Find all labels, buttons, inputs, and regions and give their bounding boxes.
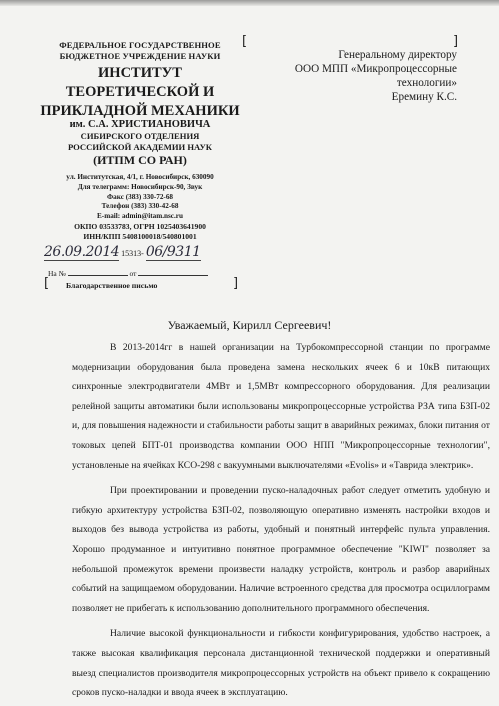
telegram: Для телеграмм: Новосибирск-90, Звук	[40, 183, 240, 193]
addressee-bracket-close-icon: ]	[453, 34, 458, 49]
phone: Телефон (383) 330-42-68	[40, 202, 240, 212]
handwritten-date: 26.09.2014	[44, 244, 119, 261]
address: ул. Институтская, 4/1, г. Новосибирск, 6…	[40, 173, 240, 183]
institute-named-after: им. С.А. ХРИСТИАНОВИЧА	[40, 119, 240, 131]
inn-kpp: ИНН/КПП 5408100018/540801001	[40, 232, 240, 242]
institute-abbreviation: (ИТПМ СО РАН)	[40, 153, 240, 167]
addressee-line-1: Генеральному директору	[247, 48, 457, 62]
okpo-ogrn: ОКПО 03533783, ОГРН 1025403641900	[40, 222, 240, 232]
addressee-line-4: Еремину К.С.	[247, 90, 457, 104]
bracket-open-icon: [	[44, 276, 49, 291]
ref-blank	[68, 269, 128, 276]
paragraph-2: При проектировании и проведении пуско-на…	[72, 481, 490, 618]
scan-edge	[0, 0, 499, 6]
ref-label: На №	[48, 269, 66, 278]
paragraph-1: В 2013-2014гг в нашей организации на Тур…	[72, 338, 490, 475]
from-blank	[138, 269, 208, 276]
paragraph-3: Наличие высокой функциональности и гибко…	[72, 624, 490, 702]
institute-name-3: ПРИКЛАДНОЙ МЕХАНИКИ	[40, 103, 240, 119]
addressee-bracket-open-icon: [	[242, 34, 247, 49]
letter-body: В 2013-2014гг в нашей организации на Тур…	[72, 338, 490, 703]
subject: Благодарственное письмо	[66, 281, 157, 290]
registration-line: 26.09.2014 15313- 06/9311	[44, 244, 254, 260]
reference-line: На № от	[48, 269, 208, 278]
fax: Факс (383) 330-72-68	[40, 193, 240, 203]
from-label: от	[130, 269, 137, 278]
handwritten-number: 06/9311	[146, 244, 201, 261]
bracket-close-icon: ]	[233, 276, 238, 291]
email: E-mail: admin@itam.nsc.ru	[40, 212, 240, 222]
org-type-line-2: БЮДЖЕТНОЕ УЧРЕЖДЕНИЕ НАУКИ	[40, 51, 240, 62]
letterhead: ФЕДЕРАЛЬНОЕ ГОСУДАРСТВЕННОЕ БЮДЖЕТНОЕ УЧ…	[40, 40, 240, 242]
registration-number-prefix: 15313-	[121, 249, 144, 258]
addressee-line-2: ООО МПП «Микропроцессорные	[247, 62, 457, 76]
branch-line-1: СИБИРСКОГО ОТДЕЛЕНИЯ	[40, 131, 240, 142]
institute-name-1: ИНСТИТУТ	[40, 65, 240, 81]
salutation: Уважаемый, Кирилл Сергеевич!	[0, 318, 499, 333]
addressee-line-3: технологии»	[247, 76, 457, 90]
institute-name-2: ТЕОРЕТИЧЕСКОЙ И	[40, 84, 240, 100]
addressee: Генеральному директору ООО МПП «Микропро…	[247, 48, 457, 104]
org-type-line-1: ФЕДЕРАЛЬНОЕ ГОСУДАРСТВЕННОЕ	[40, 40, 240, 51]
contact-block: ул. Институтская, 4/1, г. Новосибирск, 6…	[40, 173, 240, 222]
branch-line-2: РОССИЙСКОЙ АКАДЕМИИ НАУК	[40, 142, 240, 153]
